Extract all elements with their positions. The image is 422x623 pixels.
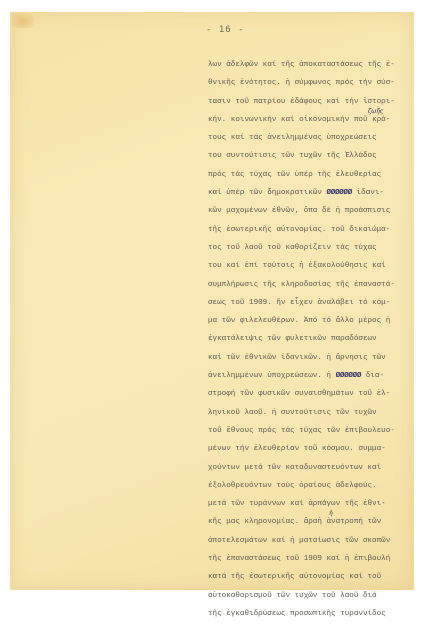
text-line: κατά τῆς ἐσωτερικῆς αὐτονομίας καί τοῦ [208,568,422,586]
line-text: μα τῶν φιλελευθέρων. Ἀπό τό ἄλλο μέρος ἡ [208,317,390,325]
line-text: κήν. κοινωνικήν καί οἰκονομικήν [208,116,354,124]
text-line: μετά τῶν τυράννων καί ἁρπάγων τῆς ἐθνι- [208,495,422,513]
line-text: μετά τῶν τυράννων καί ἁρπάγων τῆς ἐθνι- [208,500,386,508]
text-line: τῆς ἐσωτερικῆς αὐτονομίας. τοῦ δικαιώμα- [208,221,422,239]
text-line: κήν. κοινωνικήν καί οἰκονομικήν ποῦ κρά-… [208,111,422,129]
text-line: μένων τήν ἐλευθερίαν τοῦ κόσμου. συμμα- [208,440,422,458]
text-line: πρός τάς τύχας τῶν ὑπέρ τῆς ἐλευθερίας [208,166,422,184]
line-text: ἀποτελεσμάτων καί ἡ ματαίωσις τῶν σκοπῶν [208,537,390,545]
line-text: του συντούτισις τῶν τυχῶν τῆς Ἑλλάδος [208,152,377,160]
text-line: ἐξολοθρευόντων τούς ὁραίους ἀδελφούς. [208,477,422,495]
text-line: καί τῶν ἐθνικῶν ἰδανικῶν. ἡ ἄρνησις τῶν [208,349,422,367]
line-text: χούντων μετά τῶν καταδυναστευόντων καί [208,464,381,472]
text-line: στροφή τῶν φυσικῶν συναισθημάτων τοῦ ἑλ- [208,385,422,403]
line-text: σεως τοῦ 1909. ἥν εἶχεν ἀναλάβει τό κόμ- [208,299,390,307]
line-text: ἀνειλημμένων ὑποχρεώσεων. ἡ [208,372,336,380]
text-line: κῆς μας κληρονομίας. ἄραἡ ἀνατροπή τῶν ἡ [208,513,422,531]
line-text: κῆς μας κληρονομίας. ἄρα [208,518,317,526]
line-text: ἡ ἀνατροπή τῶν [317,518,381,526]
struck-out-text: ØØØØØØ [326,189,352,197]
line-text: τους καί τάς ἀνειλημμένας ὑποχρεώσεις [208,134,377,142]
line-text: πρός τάς τύχας τῶν ὑπέρ τῆς ἐλευθερίας [208,171,381,179]
paper-stain [12,14,34,28]
text-line: χούντων μετά τῶν καταδυναστευόντων καί [208,459,422,477]
text-line: λων ἀδελφῶν καί τῆς ἀποκαταστάσεως τῆς ἐ… [208,56,422,74]
line-text: καί ὑπέρ τῶν δημοκρατικῶν [208,189,326,197]
text-line: τασιν τοῦ πατρίου ἐδάφους καί τήν ἱστορι… [208,93,422,111]
text-line: τους καί τάς ἀνειλημμένας ὑποχρεώσεις [208,129,422,147]
line-text: κῶν μαχομένων ἐθνῶν, ὅπα δέ ἡ προάσπισις [208,207,390,215]
line-text: ἰδανι- [352,189,384,197]
line-text: του καί ἐπί τούτοις ἡ ἐξακολούθησις καί [208,262,386,270]
text-line: τοῦ ἔθνους πρός τάς τύχας τῶν ἐπιβουλευο… [208,422,422,440]
line-text: στροφή τῶν φυσικῶν συναισθημάτων τοῦ ἑλ- [208,390,390,398]
text-line: του καί ἐπί τούτοις ἡ ἐξακολούθησις καί [208,257,422,275]
text-line: ἀνειλημμένων ὑποχρεώσεων. ἡ ØØØØØØ δια- [208,367,422,385]
text-line: θνικῆς ἑνότητος. ἡ σύμφωνος πρός τήν σύσ… [208,74,422,92]
text-line: αὐτοκαθορισμοῦ τῶν τυχῶν τοῦ λαοῦ διά [208,587,422,600]
line-text: τῆς ἐπαναστάσεως τοῦ 1909 καί ἡ ἐπιβουλή [208,555,390,563]
text-line: συμπλήρωσις τῆς κληροδοσίας τῆς ἐπαναστά… [208,276,422,294]
line-text: θνικῆς ἑνότητος. ἡ σύμφωνος πρός τήν σύσ… [208,79,395,87]
handwritten-annotation: ἡ [329,505,333,523]
line-text: τῆς ἐσωτερικῆς αὐτονομίας. τοῦ δικαιώμα- [208,226,390,234]
line-text: μένων τήν ἐλευθερίαν τοῦ κόσμου. συμμα- [208,445,386,453]
text-line: ληνικοῦ λαοῦ. ἡ συντούτισις τῶν τυχῶν [208,404,422,422]
text-line: ἐγκατάλειψις τῶν φυλετικῶν παραδόσεων [208,330,422,348]
line-text: τος τοῦ λαοῦ τοῦ καθορίζειν τάς τύχας [208,244,377,252]
line-text: ἐξολοθρευόντων τούς ὁραίους ἀδελφούς. [208,482,377,490]
line-text: τασιν τοῦ πατρίου ἐδάφους καί τήν ἱστορι… [208,98,395,106]
page-number: - 16 - [206,25,245,35]
text-line: σεως τοῦ 1909. ἥν εἶχεν ἀναλάβει τό κόμ- [208,294,422,312]
text-line: τος τοῦ λαοῦ τοῦ καθορίζειν τάς τύχας [208,239,422,257]
line-text: λων ἀδελφῶν καί τῆς ἀποκαταστάσεως τῆς ἐ… [208,61,395,69]
line-text: τοῦ ἔθνους πρός τάς τύχας τῶν ἐπιβουλευο… [208,427,395,435]
handwritten-annotation: ζωῆς [368,103,383,121]
text-line: του συντούτισις τῶν τυχῶν τῆς Ἑλλάδος [208,147,422,165]
struck-out-text: ØØØØØØ [336,372,362,380]
typewritten-text-block: λων ἀδελφῶν καί τῆς ἀποκαταστάσεως τῆς ἐ… [208,56,422,600]
document-page: - 16 - λων ἀδελφῶν καί τῆς ἀποκαταστάσεω… [10,12,414,590]
text-line: κῶν μαχομένων ἐθνῶν, ὅπα δέ ἡ προάσπισις [208,202,422,220]
text-line: τῆς ἐπαναστάσεως τοῦ 1909 καί ἡ ἐπιβουλή [208,550,422,568]
line-text: αὐτοκαθορισμοῦ τῶν τυχῶν τοῦ λαοῦ διά [208,592,377,600]
line-text: ληνικοῦ λαοῦ. ἡ συντούτισις τῶν τυχῶν [208,409,377,417]
text-line: μα τῶν φιλελευθέρων. Ἀπό τό ἄλλο μέρος ἡ [208,312,422,330]
line-text: συμπλήρωσις τῆς κληροδοσίας τῆς ἐπαναστά… [208,281,395,289]
text-line: καί ὑπέρ τῶν δημοκρατικῶν ØØØØØØ ἰδανι- [208,184,422,202]
text-line: ἀποτελεσμάτων καί ἡ ματαίωσις τῶν σκοπῶν [208,532,422,550]
line-text: δια- [361,372,384,380]
line-text: ἐγκατάλειψις τῶν φυλετικῶν παραδόσεων [208,335,377,343]
line-text: κατά τῆς ἐσωτερικῆς αὐτονομίας καί τοῦ [208,573,381,581]
line-text: καί τῶν ἐθνικῶν ἰδανικῶν. ἡ ἄρνησις τῶν [208,354,386,362]
